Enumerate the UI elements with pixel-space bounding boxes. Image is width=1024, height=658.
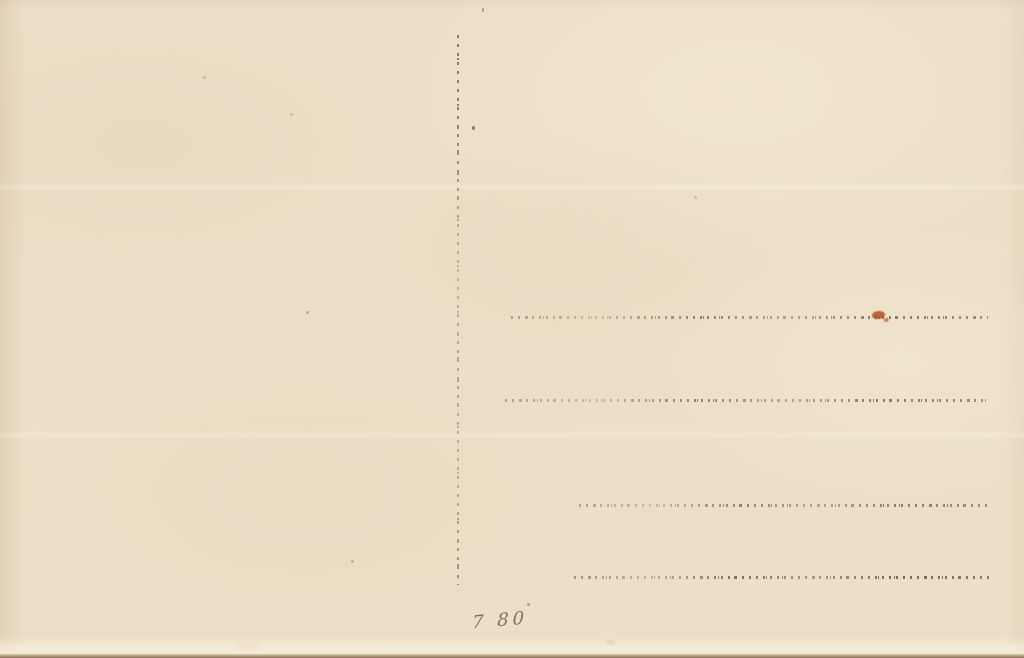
address-line <box>574 576 990 579</box>
address-line <box>505 399 988 402</box>
address-line <box>579 504 988 507</box>
ink-fleck <box>872 310 886 320</box>
divider-line <box>457 35 459 585</box>
card-bottom-border <box>0 654 1024 658</box>
paper-surface <box>0 0 1024 658</box>
address-line <box>511 316 988 319</box>
postcard-back: 7 80 <box>0 0 1024 658</box>
